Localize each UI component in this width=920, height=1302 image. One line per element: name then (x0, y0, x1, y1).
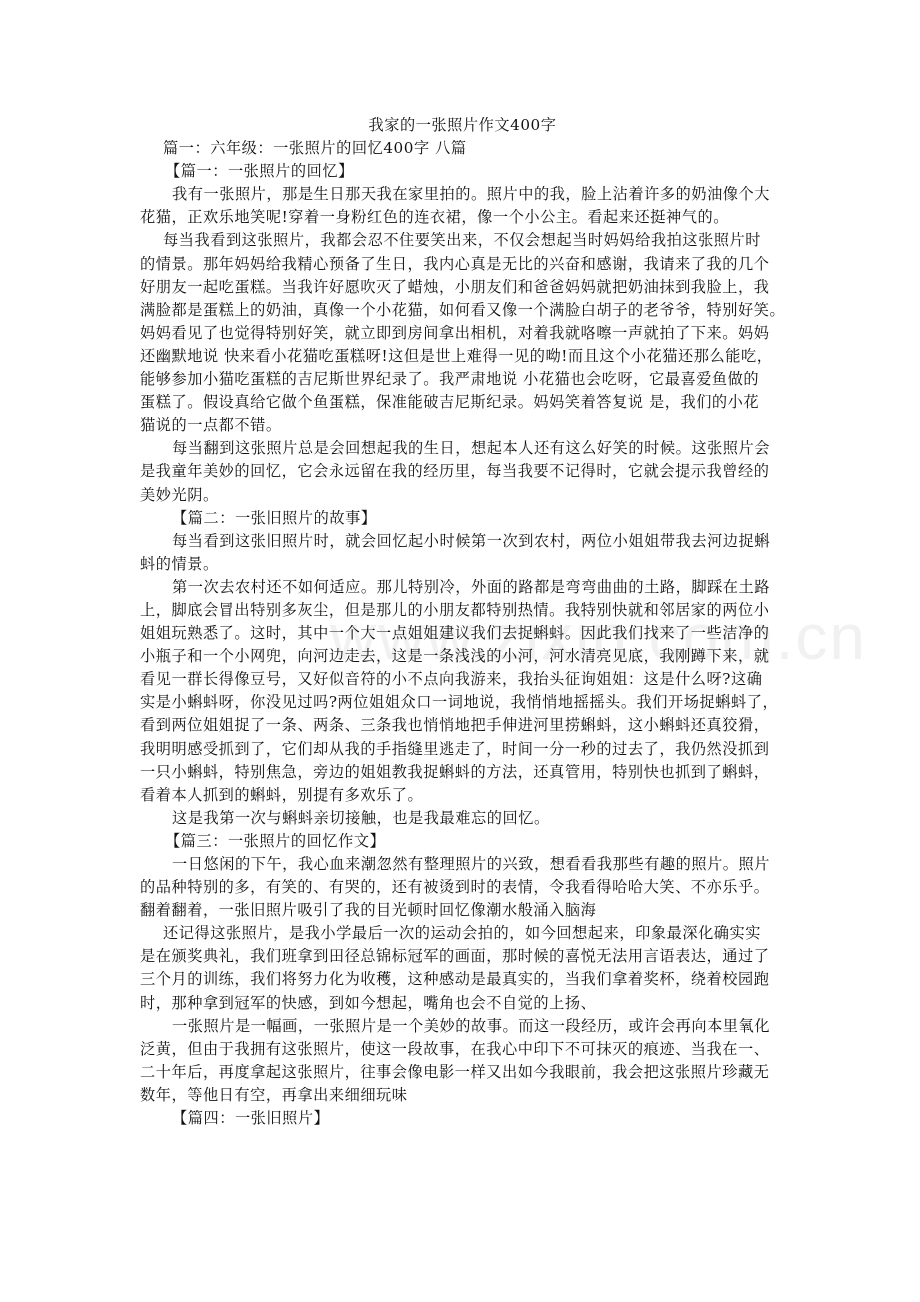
paragraph-line: 三个月的训练，我们将努力化为收穫，这种感动是最真实的，当我们拿着奖杯，绕着校园跑 (140, 968, 785, 991)
paragraph-line: 花猫，正欢乐地笑呢!穿着一身粉红色的连衣裙，像一个小公主。看起来还挺神气的。 (140, 206, 785, 229)
paragraph-line: 每当我看到这张照片，我都会忍不住要笑出来，不仅会想起当时妈妈给我拍这张照片时 (140, 229, 785, 252)
paragraph-line: 我有一张照片，那是生日那天我在家里拍的。照片中的我，脸上沾着许多的奶油像个大 (140, 183, 785, 206)
paragraph-line: 是在颁奖典礼，我们班拿到田径总锦标冠军的画面，那时候的喜悦无法用言语表达，通过了 (140, 945, 785, 968)
paragraph-line: 的品种特别的多，有笑的、有哭的，还有被烫到时的表情，令我看得哈哈大笑、不亦乐乎。 (140, 876, 785, 899)
paragraph-line: 我明明感受抓到了，它们却从我的手指缝里逃走了，时间一分一秒的过去了，我仍然没抓到 (140, 738, 785, 761)
paragraph-line: 是我童年美妙的回忆，它会永远留在我的经历里，每当我要不记得时，它就会提示我曾经的 (140, 460, 785, 483)
section-heading: 【篇四：一张旧照片】 (140, 1107, 785, 1130)
section-heading: 【篇三：一张照片的回忆作文】 (140, 830, 785, 853)
paragraph-line: 好朋友一起吃蛋糕。当我许好愿吹灭了蜡烛，小朋友们和爸爸妈妈就把奶油抹到我脸上，我 (140, 276, 785, 299)
paragraph-line: 上，脚底会冒出特别多灰尘，但是那儿的小朋友都特别热情。我特别快就和邻居家的两位小 (140, 599, 785, 622)
document-body: 我家的一张照片作文400字 篇一：六年级：一张照片的回忆400字 八篇 【篇一：… (140, 114, 785, 1130)
paragraph-line: 这是我第一次与蝌蚪亲切接触，也是我最难忘的回忆。 (140, 807, 785, 830)
paragraph-line: 妈妈看见了也觉得特别好笑，就立即到房间拿出相机，对着我就咯嚓一声就拍了下来。妈妈 (140, 322, 785, 345)
text-lines: 【篇一：一张照片的回忆】我有一张照片，那是生日那天我在家里拍的。照片中的我，脸上… (140, 160, 785, 1130)
paragraph-line: 每当看到这张旧照片时，就会回忆起小时候第一次到农村，两位小姐姐带我去河边捉蝌 (140, 530, 785, 553)
paragraph-line: 蚪的情景。 (140, 553, 785, 576)
paragraph-line: 一日悠闲的下午，我心血来潮忽然有整理照片的兴致，想看看我那些有趣的照片。照片 (140, 853, 785, 876)
paragraph-line: 每当翻到这张照片总是会回想起我的生日，想起本人还有这么好笑的时候。这张照片会 (140, 437, 785, 460)
paragraph-line: 一只小蝌蚪，特别焦急，旁边的姐姐教我捉蝌蚪的方法，还真管用，特别快也抓到了蝌蚪， (140, 761, 785, 784)
section-heading: 【篇一：一张照片的回忆】 (140, 160, 785, 183)
paragraph-line: 还记得这张照片，是我小学最后一次的运动会拍的，如今回想起来，印象最深化确实实 (140, 922, 785, 945)
paragraph-line: 小瓶子和一个小网兜，向河边走去，这是一条浅浅的小河，河水清亮见底，我刚蹲下来，就 (140, 645, 785, 668)
paragraph-line: 翻着翻着，一张旧照片吸引了我的目光顿时回忆像潮水般涌入脑海 (140, 899, 785, 922)
paragraph-line: 看着本人抓到的蝌蚪，别提有多欢乐了。 (140, 784, 785, 807)
document-title: 我家的一张照片作文400字 (140, 114, 785, 137)
paragraph-line: 实是小蝌蚪呀，你没见过吗?两位姐姐众口一词地说，我悄悄地摇摇头。我们开场捉蝌蚪了… (140, 691, 785, 714)
paragraph-line: 能够参加小猫吃蛋糕的吉尼斯世界纪录了。我严肃地说 小花猫也会吃呀，它最喜爱鱼做的 (140, 368, 785, 391)
section-heading: 【篇二：一张旧照片的故事】 (140, 507, 785, 530)
paragraph-line: 满脸都是蛋糕上的奶油，真像一个小花猫，如何看又像一个满脸白胡子的老爷爷，特别好笑… (140, 299, 785, 322)
paragraph-line: 第一次去农村还不如何适应。那儿特别冷，外面的路都是弯弯曲曲的土路，脚踩在土路 (140, 576, 785, 599)
paragraph-line: 泛黄，但由于我拥有这张照片，使这一段故事，在我心中印下不可抹灭的痕迹、当我在一、 (140, 1038, 785, 1061)
paragraph-line: 美妙光阴。 (140, 484, 785, 507)
paragraph-line: 时，那种拿到冠军的快感，到如今想起，嘴角也会不自觉的上扬、 (140, 992, 785, 1015)
document-subtitle: 篇一：六年级：一张照片的回忆400字 八篇 (140, 137, 785, 160)
paragraph-line: 一张照片是一幅画，一张照片是一个美妙的故事。而这一段经历，或许会再向本里氧化 (140, 1015, 785, 1038)
paragraph-line: 二十年后，再度拿起这张照片，往事会像电影一样又出如今我眼前，我会把这张照片珍藏无 (140, 1061, 785, 1084)
paragraph-line: 数年，等他日有空，再拿出来细细玩味 (140, 1084, 785, 1107)
paragraph-line: 姐姐玩熟悉了。这时，其中一个大一点姐姐建议我们去捉蝌蚪。因此我们找来了一些洁净的 (140, 622, 785, 645)
paragraph-line: 还幽默地说 快来看小花猫吃蛋糕呀!这但是世上难得一见的呦!而且这个小花猫还那么能… (140, 345, 785, 368)
paragraph-line: 看到两位姐姐捉了一条、两条、三条我也悄悄地把手伸进河里捞蝌蚪，这小蝌蚪还真狡猾， (140, 714, 785, 737)
paragraph-line: 蛋糕了。假设真给它做个鱼蛋糕，保准能破吉尼斯纪录。妈妈笑着答复说 是，我们的小花 (140, 391, 785, 414)
paragraph-line: 猫说的一点都不错。 (140, 414, 785, 437)
paragraph-line: 看见一群长得像豆号，又好似音符的小不点向我游来，我抬头征询姐姐：这是什么呀?这确 (140, 668, 785, 691)
document-page: www.zixin.com.cn 我家的一张照片作文400字 篇一：六年级：一张… (0, 0, 920, 1302)
paragraph-line: 的情景。那年妈妈给我精心预备了生日，我内心真是无比的兴奋和感谢，我请来了我的几个 (140, 253, 785, 276)
